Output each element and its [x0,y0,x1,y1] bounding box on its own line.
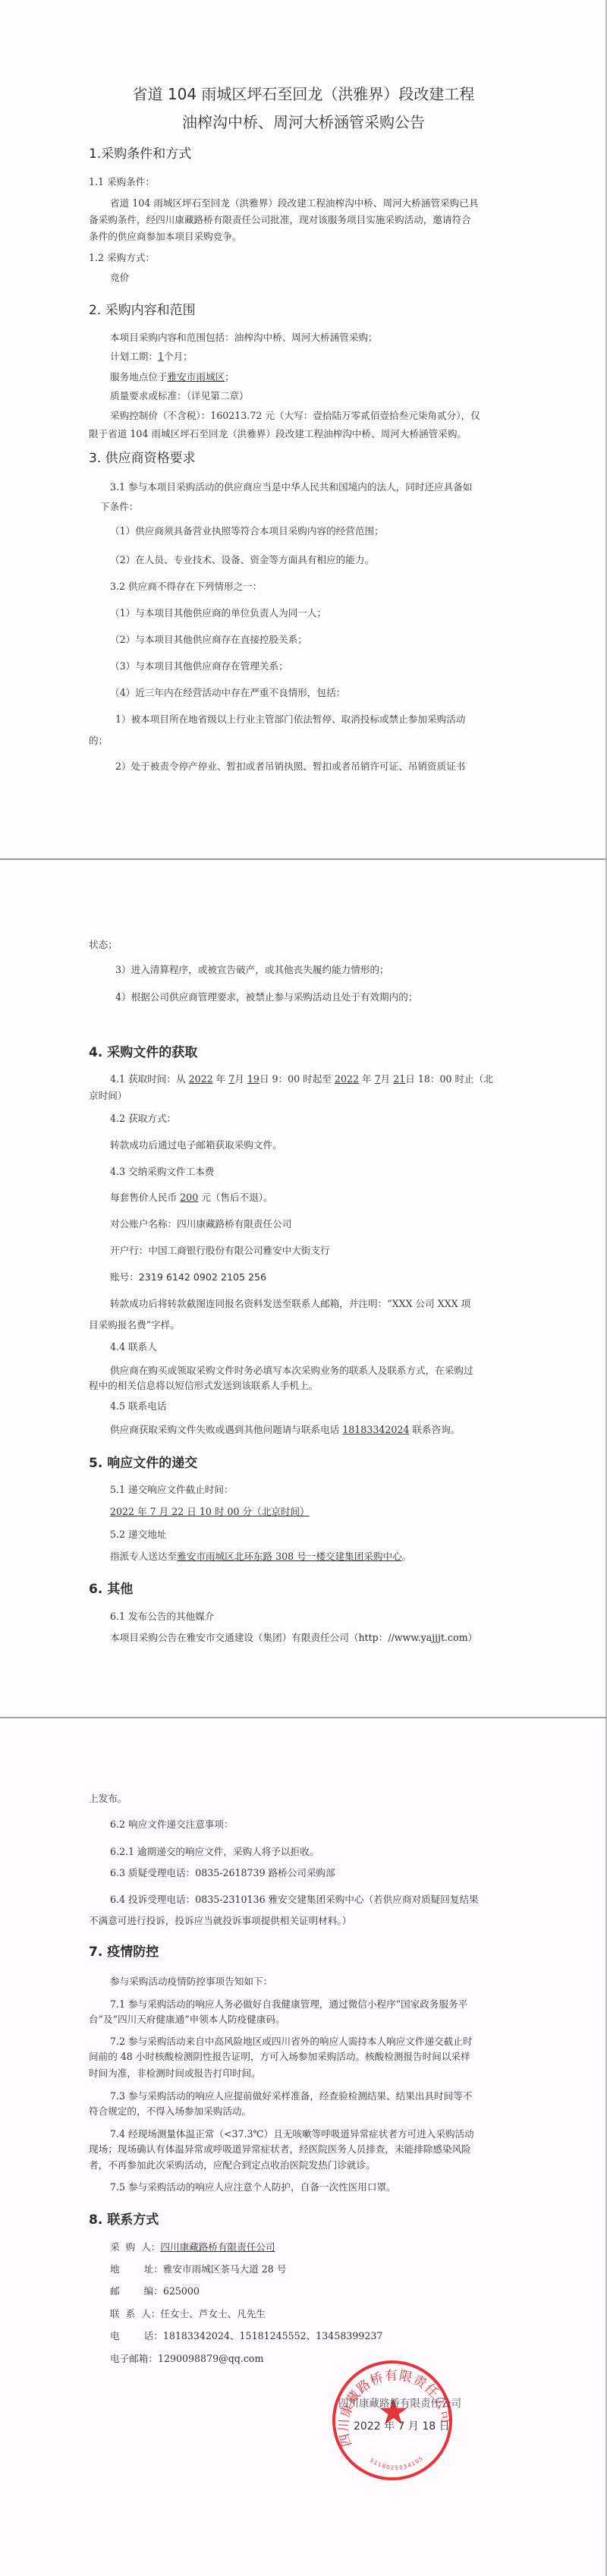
month-unit: 月 [381,1073,394,1085]
s4-account-number: 账号：2319 6142 0902 2105 256 [110,1271,266,1284]
s1-sub2: 1.2 采购方式： [89,251,155,265]
s3-excl-2: （2）与本项目其他供应商存在直接控股关系； [110,633,307,647]
s3-excl-1: （1）与本项目其他供应商的单位负责人为同一人； [110,606,326,620]
s4-transfer-line2: 目采购报名费”字样。 [89,1318,180,1332]
s5-address: 指派专人送达至雅安市雨城区北环东路 308 号一楼交建集团采购中心。 [110,1550,411,1564]
s4-phone: 供应商获取采购文件失败或遇到其他问题请与联系电话 18183342024 联系咨… [110,1423,460,1437]
phone-value: 18183342024 [342,1424,409,1435]
s2-period: 计划工期：1个月； [110,350,193,364]
s3-bad-4: 4）根据公司供应商管理要求，被禁止参与采购活动且处于有效期内的； [115,990,417,1004]
section-8-heading: 8. 联系方式 [89,2209,159,2228]
location-label: 服务地点位于 [110,371,168,383]
s5-sub1: 5.1 递交响应文件截止时间： [110,1483,234,1497]
s3-31-line2: 下条件： [100,500,138,514]
section-1-heading: 1.采购条件和方式 [89,143,191,162]
section-6-heading: 6. 其他 [89,1578,133,1597]
address-value: 雅安市雨城区北环东路 308 号一楼交建集团采购中心 [177,1551,402,1562]
s8-address: 地 址：雅安市雨城区茶马大道 28 号 [110,2263,286,2276]
s1-para-line1: 省道 104 雨城区坪石至回龙（洪雅界）段改建工程油榨沟中桥、周河大桥涵管采购已… [110,197,478,210]
s2-quality: 质量要求或标准：（详见第二章） [110,389,249,403]
s3-excl-3: （3）与本项目其他供应商存在管理关系； [110,660,288,673]
s4-transfer-line1: 转款成功后将转款截图连同报名资料发送至联系人邮箱，并注明：“XXX 公司 XXX… [110,1297,470,1311]
s4-contact-line1: 供应商在购买或领取采购文件时务必填写本次采购业务的联系人及联系方式，在采购过 [110,1364,473,1378]
email-value: 1290098879@qq.com [158,2353,263,2364]
section-7-heading: 7. 疫情防控 [89,1941,159,1960]
s7-r3-line2: 符合规定的，不得入场参加采购活动。 [89,2105,251,2118]
signature-company: 四川康藏路桥有限责任公司 [338,2395,461,2410]
address-label: 地 址： [110,2263,163,2275]
phone-label: 电 话： [110,2330,163,2341]
s4-sub4: 4.4 联系人 [110,1340,157,1354]
time-mid: 日 9：00 时起至 [259,1073,335,1085]
s4-sub3: 4.3 交纳采购文件工本费 [110,1165,214,1179]
s7-r1-line2: 台”及“四川天府健康通”申领本人防疫健康码。 [89,2013,285,2026]
month-unit: 月 [234,1073,247,1085]
s4-fee: 每套售价人民币 200 元（售后不退）。 [110,1191,273,1205]
end-day: 21 [393,1073,405,1085]
s6-sub4-line1: 6.4 投诉受理电话：0835-2310136 雅安交建集团采购中心（若供应商对… [110,1893,479,1907]
s4-bank: 开户行：中国工商银行股份有限公司雅安中大街支行 [110,1244,330,1258]
s1-para-line3: 条件的供应商参加本项目采购竞争。 [89,230,242,244]
s7-r2-line3: 时间为准，非检测时间或报告打印时间。 [89,2067,261,2080]
location-value: 雅安市雨城区 [168,371,225,383]
period-unit: 个月； [164,351,193,362]
s6-media-line1: 本项目采购公告在雅安市交通建设（集团）有限责任公司（http：//www.yaj… [110,1631,477,1645]
s4-contact-line2: 程中的相关信息将以短信形式发送到该联系人手机上。 [89,1379,318,1393]
s4-time-line2: 京时间） [89,1089,127,1103]
section-3-heading: 3. 供应商资格要求 [89,447,196,466]
s5-deadline: 2022 年 7 月 22 日 10 时 00 分（北京时间） [110,1505,310,1519]
s3-32: 3.2 供应商不得存在下列情形之一： [110,580,262,594]
s7-r4-line3: 者，不再参加此次采购活动，应配合到定点收治医院发热门诊就诊。 [89,2159,376,2172]
s7-intro: 参与采购活动疫情防控事项告知如下： [110,1975,272,1989]
s7-r4-line1: 7.4 经现场测量体温正常（<37.3℃）且无咳嗽等呼吸道异常症状者方可进入采购… [110,2127,474,2141]
s3-cond-2: （2）在人员、专业技术、设备、资金等方面具有相应的能力。 [110,553,374,567]
s8-postcode: 邮 编：625000 [110,2285,200,2298]
phone-suffix: 联系咨询。 [409,1424,460,1435]
period-value: 1 [158,351,164,362]
s3-bad-1-line2: 的； [89,734,108,748]
time-end: 日 18：00 时止（北 [405,1073,493,1085]
email-label: 电子邮箱： [110,2353,158,2364]
s8-buyer: 采 购 人：四川康藏路桥有限责任公司 [110,2241,303,2254]
s3-excl-4: （4）近三年内在经营活动中存在严重不良情形，包括： [110,686,345,700]
s7-r5: 7.5 参与采购活动的响应人应注意个人防护，自备一次性医用口罩。 [110,2181,396,2194]
s6-sub1: 6.1 发布公告的其他媒介 [110,1610,214,1623]
postcode-label: 邮 编： [110,2285,163,2297]
s3-bad-2-line2: 状态； [89,938,118,952]
end-month: 7 [375,1073,381,1085]
document-title-line2: 油榨沟中桥、周河大桥涵管采购公告 [0,110,607,132]
contacts-label: 联 系 人： [110,2308,160,2319]
section-5-heading: 5. 响应文件的递交 [89,1452,197,1471]
fee-value: 200 [180,1192,198,1203]
s1-para-line2: 备采购条件，经四川康藏路桥有限责任公司批准，现对该服务项目实施采购活动，邀请符合 [89,213,471,227]
phone-value: 18183342024、15181245552、13458399237 [163,2330,383,2341]
s6-sub21: 6.2.1 逾期递交的响应文件，采购人将予以拒收。 [110,1845,319,1859]
s7-r1-line1: 7.1 参与采购活动的响应人务必做好自我健康管理，通过微信小程序“国家政务服务平 [110,1998,467,2011]
location-end: ； [225,371,234,383]
s7-r2-line1: 7.2 参与采购活动来自中高风险地区或四川省外的响应人需持本人响应文件递交截止时 [110,2035,472,2049]
s1-sub1: 1.1 采购条件： [89,175,155,189]
s6-media-line2: 上发布。 [89,1792,127,1806]
address-value: 雅安市雨城区茶马大道 28 号 [163,2263,287,2275]
s3-cond-1: （1）供应商须具备营业执照等符合本项目采购内容的经营范围； [110,524,384,538]
s6-sub3: 6.3 质疑受理电话：0835-2618739 路桥公司采购部 [110,1866,335,1880]
start-day: 19 [247,1073,259,1085]
s2-price-line1: 采购控制价（不含税）：160213.72 元（大写：壹拾陆万零贰佰壹拾叁元柒角贰… [110,409,480,423]
buyer-value: 四川康藏路桥有限责任公司 [160,2241,302,2253]
s6-sub2: 6.2 响应文件递交注意事项： [110,1818,234,1831]
s3-bad-3: 3）进入清算程序，或被宣告破产，或其他丧失履约能力情形的； [115,963,389,977]
end-year: 2022 [335,1073,359,1085]
s3-bad-1-line1: 1）被本项目所在地省级以上行业主管部门依法暂停、取消投标或禁止参加采购活动 [115,713,465,726]
s2-price-line2: 限于省道 104 雨城区坪石至回龙（洪雅界）段改建工程油榨沟中桥、周河大桥涵管采… [89,427,467,441]
document-title-line1: 省道 104 雨城区坪石至回龙（洪雅界）段改建工程 [0,82,607,104]
time-prefix: 4.1 获取时间：从 [110,1073,189,1085]
year-unit: 年 [213,1073,229,1085]
contacts-value: 任女士、芦女士、凡先生 [160,2308,266,2319]
period-label: 计划工期： [110,351,158,362]
fee-suffix: 元（售后不退）。 [198,1192,272,1203]
s8-phone: 电 话：18183342024、15181245552、13458399237 [110,2329,382,2343]
s4-sub5: 4.5 联系电话 [110,1400,166,1413]
s3-31-line1: 3.1 参与本项目采购活动的供应商应当是中华人民共和国境内的法人，同时还应具备如 [110,480,472,494]
postcode-value: 625000 [163,2285,200,2297]
s7-r2-line2: 间前的 48 小时核酸检测阴性报告证明，方可入场参加采购活动。核酸检测报告时间以… [89,2050,470,2064]
fee-prefix: 每套售价人民币 [110,1192,180,1203]
s7-r4-line2: 现场；现场确认有体温异常或呼吸道异常症状者，经医院医务人员排查，未能排除感染风险 [89,2143,471,2156]
s8-email: 电子邮箱：1290098879@qq.com [110,2352,263,2366]
signature-date: 2022 年 7 月 18 日 [354,2418,450,2433]
address-suffix: 。 [402,1551,412,1562]
s4-sub2: 4.2 获取方式： [110,1112,176,1126]
s2-scope: 本项目采购内容和范围包括：油榨沟中桥、周河大桥涵管采购； [110,331,378,345]
year-unit: 年 [359,1073,375,1085]
s1-method: 竞价 [110,271,129,285]
section-2-heading: 2. 采购内容和范围 [89,299,196,318]
s4-method: 转款成功后通过电子邮箱获取采购文件。 [110,1138,282,1152]
s5-sub2: 5.2 递交地址 [110,1528,166,1542]
s2-location: 服务地点位于雅安市雨城区； [110,370,234,384]
svg-text:5118025034105: 5118025034105 [369,2455,425,2471]
address-prefix: 指派专人送达至 [110,1551,177,1562]
phone-prefix: 供应商获取采购文件失败或遇到其他问题请与联系电话 [110,1424,342,1435]
s3-bad-2-line1: 2）处于被责令停产停业、暂扣或者吊销执照、暂扣或者吊销许可证、吊销资质证书 [115,760,465,773]
section-4-heading: 4. 采购文件的获取 [89,1041,197,1060]
s4-account-name: 对公账户名称：四川康藏路桥有限责任公司 [110,1217,291,1231]
s8-contacts: 联 系 人：任女士、芦女士、凡先生 [110,2307,266,2321]
s4-time-line1: 4.1 获取时间：从 2022 年 7月 19日 9：00 时起至 2022 年… [110,1072,493,1086]
s6-sub4-line2: 不满意可进行投诉，投诉应当就投诉事项提供相关证明材料。） [89,1914,351,1928]
start-year: 2022 [189,1073,213,1085]
buyer-label: 采 购 人： [110,2241,160,2253]
s7-r3-line1: 7.3 参与采购活动的响应人应提前做好采样准备，经查验检测结果、结果出具时间等不 [110,2089,472,2103]
